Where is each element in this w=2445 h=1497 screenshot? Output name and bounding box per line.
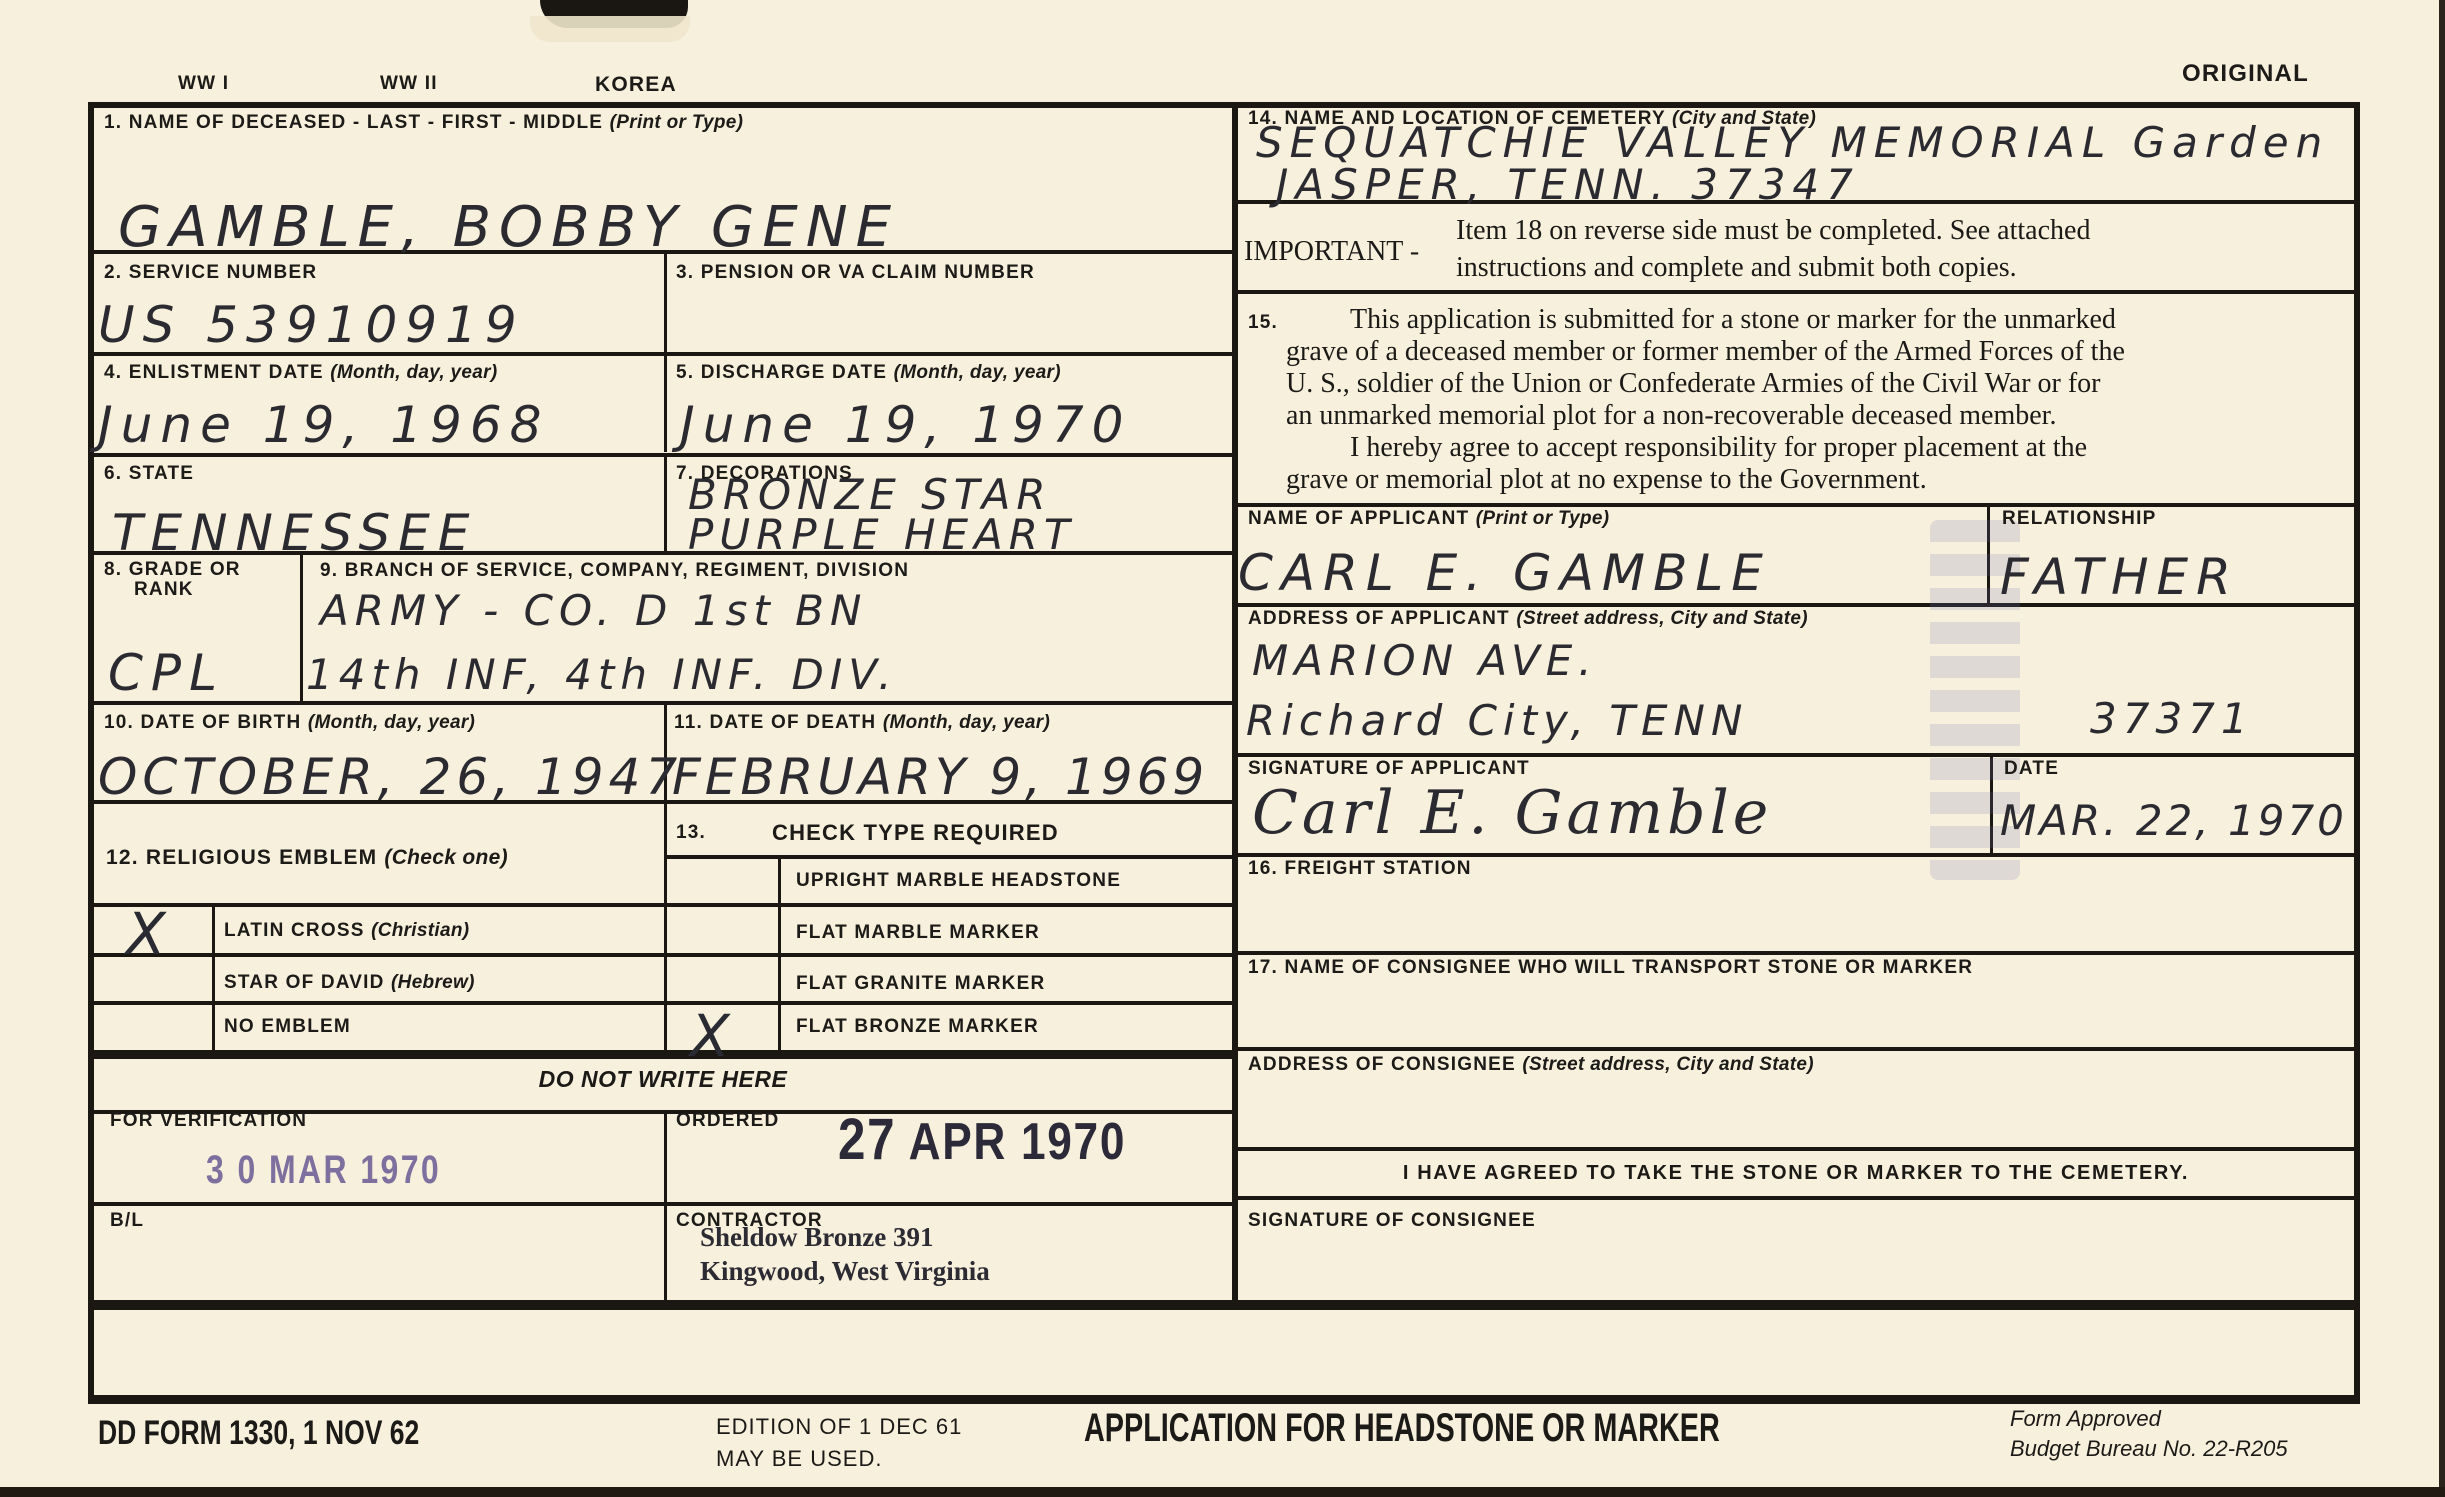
date-of-birth-field[interactable]: OCTOBER, 26, 1947 [98,752,682,802]
divider [1236,1196,2356,1200]
ordered-label: ORDERED [676,1110,779,1132]
divider [92,953,1234,957]
upright-marble-option: UPRIGHT MARBLE HEADSTONE [796,870,1121,892]
enlistment-date-label: 4. ENLISTMENT DATE (Month, day, year) [104,362,497,384]
applicant-signature-field[interactable]: Carl E. Gamble [1252,778,1772,848]
statement-line: I hereby agree to accept responsibility … [1350,432,2087,464]
statement-line: grave or memorial plot at no expense to … [1286,464,1927,496]
applicant-address-label: ADDRESS OF APPLICANT (Street address, Ci… [1248,608,1808,630]
consignee-address-label: ADDRESS OF CONSIGNEE (Street address, Ci… [1248,1054,1814,1076]
divider-thick [92,1050,1234,1059]
freight-station-label: 16. FREIGHT STATION [1248,858,1472,880]
consignee-signature-label: SIGNATURE OF CONSIGNEE [1248,1210,1536,1232]
divider-v [664,453,667,553]
statement-number: 15. [1248,312,1278,334]
war-label-korea: KOREA [595,73,677,97]
divider [1236,753,2356,757]
statement-line: This application is submitted for a ston… [1350,304,2116,336]
applicant-signature-label: SIGNATURE OF APPLICANT [1248,758,1530,780]
date-of-death-field[interactable]: FEBRUARY 9, 1969 [672,752,1208,802]
bottom-blank-frame [88,1300,2360,1404]
applicant-zip[interactable]: 37371 [2090,698,2254,740]
war-label-ww2: WW II [380,73,438,95]
edition-note-line1: EDITION OF 1 DEC 61 [716,1414,962,1440]
grade-rank-label: 8. GRADE OR RANK [104,560,241,600]
no-emblem-option: NO EMBLEM [224,1016,351,1038]
important-text-line1: Item 18 on reverse side must be complete… [1456,215,2090,247]
branch-field-line2[interactable]: 14th INF, 4th INF. DIV. [306,654,898,696]
cemetery-field-line2[interactable]: JASPER, TENN. 37347 [1276,164,1860,206]
name-of-deceased-label: 1. NAME OF DECEASED - LAST - FIRST - MID… [104,112,743,134]
cemetery-field-line1[interactable]: SEQUATCHIE VALLEY MEMORIAL Garden [1256,122,2329,164]
form-approved-line2: Budget Bureau No. 22-R205 [2010,1436,2288,1462]
ordered-stamp: 27 APR 1970 [838,1106,1126,1173]
applicant-name-label: NAME OF APPLICANT (Print or Type) [1248,508,1609,530]
important-label: IMPORTANT - [1244,236,1419,268]
divider-v [664,1112,667,1304]
state-field[interactable]: TENNESSEE [112,508,477,558]
verification-label: FOR VERIFICATION [110,1110,307,1132]
flat-bronze-checkbox[interactable]: X [690,1002,730,1070]
do-not-write-here-header: DO NOT WRITE HERE [92,1066,1234,1093]
date-of-death-label: 11. DATE OF DEATH (Month, day, year) [674,712,1050,734]
statement-line: grave of a deceased member or former mem… [1286,336,2125,368]
divider-v [778,857,781,1052]
divider [667,855,1234,859]
type-required-label: CHECK TYPE REQUIRED [772,820,1059,846]
name-of-deceased-field[interactable]: GAMBLE, BOBBY GENE [118,200,899,256]
divider-v [664,252,667,452]
divider [92,1202,1234,1206]
state-label: 6. STATE [104,463,194,485]
applicant-address-line2[interactable]: Richard City, TENN [1246,700,1748,742]
form-number: DD FORM 1330, 1 NOV 62 [98,1414,419,1453]
divider [1236,1147,2356,1151]
enlistment-date-field[interactable]: June 19, 1968 [98,400,549,450]
page-edge [2439,0,2445,1497]
divider [92,1001,1234,1005]
original-label: ORIGINAL [2182,60,2309,88]
divider-v [212,905,215,1052]
relationship-field[interactable]: FATHER [2000,552,2239,602]
divider [1236,503,2356,507]
divider [92,701,1234,705]
date-label: DATE [2004,758,2059,780]
form-approved-line1: Form Approved [2010,1406,2161,1432]
consignee-name-label: 17. NAME OF CONSIGNEE WHO WILL TRANSPORT… [1248,957,1973,979]
flat-bronze-option: FLAT BRONZE MARKER [796,1016,1039,1038]
verification-stamp: 3 0 MAR 1970 [206,1148,441,1193]
service-number-field[interactable]: US 53910919 [98,300,525,350]
divider [1236,1047,2356,1051]
decorations-field-line2[interactable]: PURPLE HEART [688,514,1076,556]
divider [1236,290,2356,294]
branch-label: 9. BRANCH OF SERVICE, COMPANY, REGIMENT,… [320,560,909,582]
tape-flap [530,16,690,42]
statement-line: an unmarked memorial plot for a non-reco… [1286,400,2056,432]
flat-marble-option: FLAT MARBLE MARKER [796,922,1040,944]
bl-label: B/L [110,1210,144,1232]
war-label-ww1: WW I [178,73,229,95]
date-of-birth-label: 10. DATE OF BIRTH (Month, day, year) [104,712,475,734]
flat-granite-option: FLAT GRANITE MARKER [796,973,1045,995]
religious-emblem-label: 12. RELIGIOUS EMBLEM (Check one) [106,846,508,870]
form-title: APPLICATION FOR HEADSTONE OR MARKER [1084,1406,1720,1451]
consignee-agreement-text: I HAVE AGREED TO TAKE THE STONE OR MARKE… [1236,1162,2356,1185]
divider [1236,853,2356,857]
type-required-number: 13. [676,822,706,844]
discharge-date-field[interactable]: June 19, 1970 [680,400,1131,450]
pension-claim-label: 3. PENSION OR VA CLAIM NUMBER [676,262,1035,284]
applicant-name-field[interactable]: CARL E. GAMBLE [1238,548,1771,598]
latin-cross-checkbox[interactable]: X [126,900,166,968]
contractor-stamp-line1: Sheldow Bronze 391 [700,1222,934,1253]
date-field[interactable]: MAR. 22, 1970 [2000,800,2347,842]
divider [1236,951,2356,955]
contractor-stamp-line2: Kingwood, West Virginia [700,1256,990,1287]
branch-field-line1[interactable]: ARMY - CO. D 1st BN [320,590,867,632]
important-text-line2: instructions and complete and submit bot… [1456,252,2017,284]
discharge-date-label: 5. DISCHARGE DATE (Month, day, year) [676,362,1061,384]
relationship-label: RELATIONSHIP [2002,508,2156,530]
service-number-label: 2. SERVICE NUMBER [104,262,317,284]
statement-line: U. S., soldier of the Union or Confedera… [1286,368,2101,400]
applicant-address-line1[interactable]: MARION AVE. [1252,640,1598,682]
page-edge-bottom [0,1487,2445,1497]
divider-v [300,553,303,703]
edition-note-line2: MAY BE USED. [716,1446,882,1472]
divider [92,903,1234,907]
grade-rank-field[interactable]: CPL [108,648,225,698]
star-of-david-option: STAR OF DAVID (Hebrew) [224,972,475,994]
latin-cross-option: LATIN CROSS (Christian) [224,920,469,942]
